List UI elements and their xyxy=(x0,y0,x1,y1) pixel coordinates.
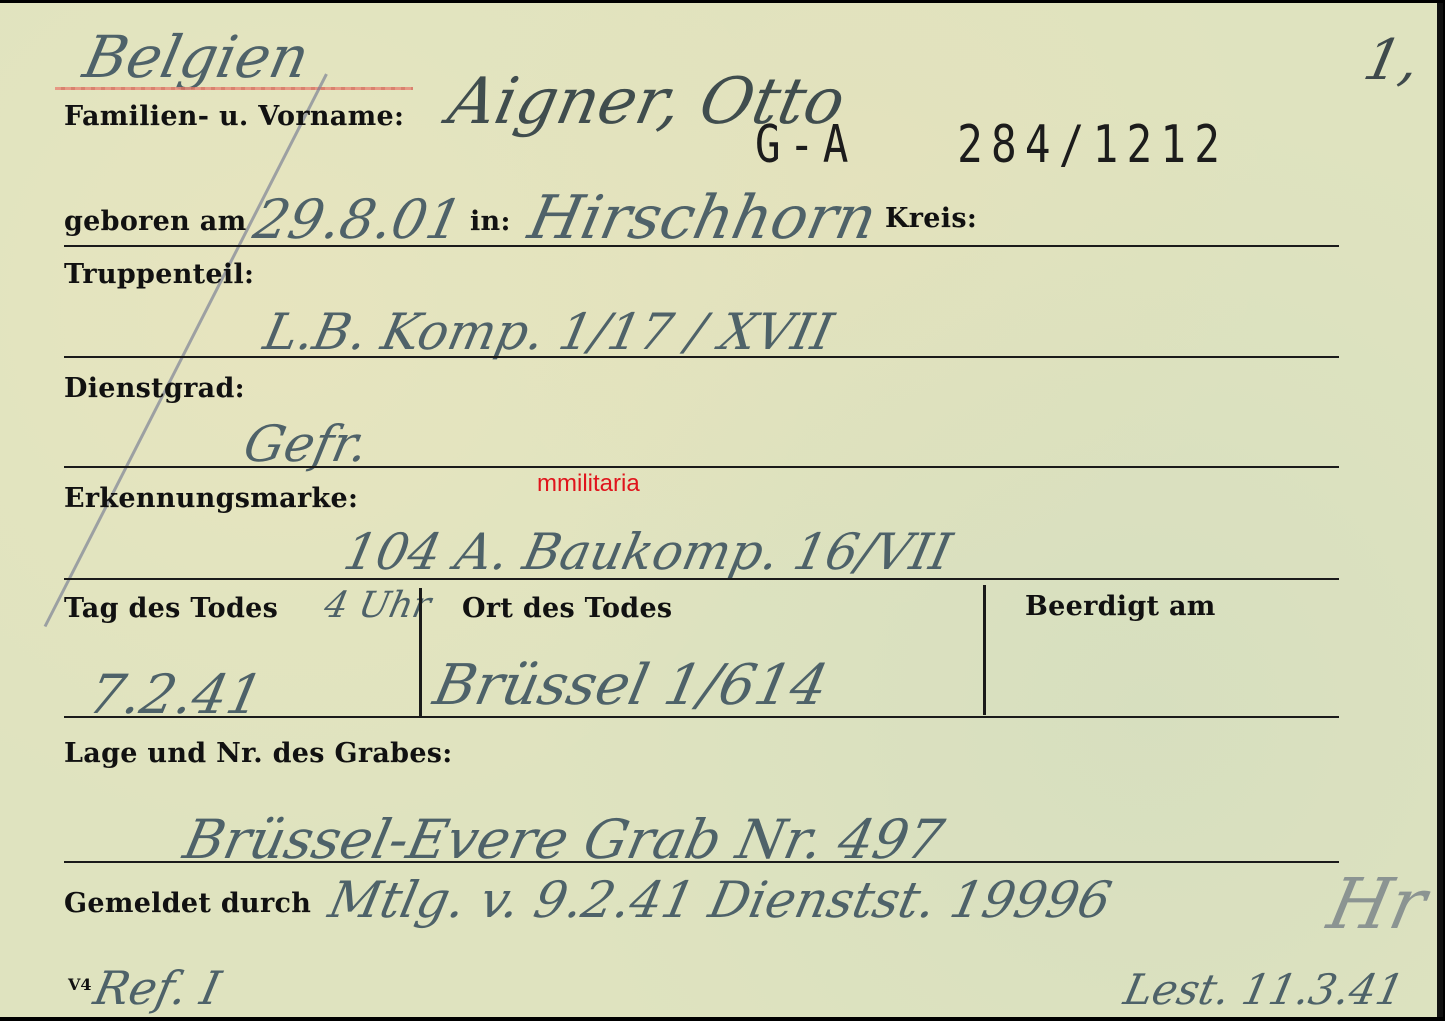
unit-rule xyxy=(64,356,1339,358)
grave-rule xyxy=(64,861,1339,863)
country-underline xyxy=(55,87,413,90)
country-note: Belgien xyxy=(78,23,315,91)
name-label: Familien- u. Vorname: xyxy=(64,101,404,132)
reported-by-label: Gemeldet durch xyxy=(64,888,311,919)
rank-label: Dienstgrad: xyxy=(64,373,245,404)
district-label: Kreis: xyxy=(885,203,977,234)
reference-number: 284/1212 xyxy=(957,115,1228,175)
watermark: mmilitaria xyxy=(537,470,640,498)
id-tag-label: Erkennungsmarke: xyxy=(64,483,358,514)
death-table-divider-2 xyxy=(983,585,986,715)
death-table-divider-1 xyxy=(419,588,422,718)
id-tag-value: 104 A. Baukomp. 16/VII xyxy=(339,523,957,581)
buried-on-label: Beerdigt am xyxy=(1025,591,1216,622)
reference-stamp: G-A 284/1212 xyxy=(755,115,1228,175)
id-tag-rule xyxy=(64,578,1339,580)
index-card: Belgien 1, Familien- u. Vorname: Aigner,… xyxy=(0,3,1443,1017)
death-place-value: Brüssel 1/614 xyxy=(428,653,834,718)
card-number: 1, xyxy=(1358,28,1425,93)
grave-label: Lage und Nr. des Grabes: xyxy=(64,738,453,769)
born-in-label: in: xyxy=(470,206,511,237)
right-margin-initials: Hr xyxy=(1321,863,1433,945)
unit-value: L.B. Komp. 1/17 / XVII xyxy=(259,303,838,361)
rank-rule xyxy=(64,466,1339,468)
unit-label: Truppenteil: xyxy=(64,259,254,290)
born-on-value: 29.8.01 xyxy=(248,188,468,251)
reported-by-value: Mtlg. v. 9.2.41 Dienstst. 19996 xyxy=(324,871,1117,929)
rank-value: Gefr. xyxy=(239,415,374,473)
death-place-label: Ort des Todes xyxy=(462,593,672,624)
death-table-rule xyxy=(64,716,1339,718)
death-time-note: 4 Uhr xyxy=(321,585,435,626)
reference-prefix: G-A xyxy=(755,115,857,175)
bottom-left-annotation: Ref. I xyxy=(89,961,225,1015)
death-date-label: Tag des Todes xyxy=(64,593,278,624)
born-on-label: geboren am xyxy=(64,206,246,237)
bottom-right-annotation: Lest. 11.3.41 xyxy=(1120,965,1409,1014)
born-in-value: Hirschhorn xyxy=(523,183,883,253)
form-code: V4 xyxy=(68,975,92,994)
born-rule xyxy=(64,245,1339,247)
